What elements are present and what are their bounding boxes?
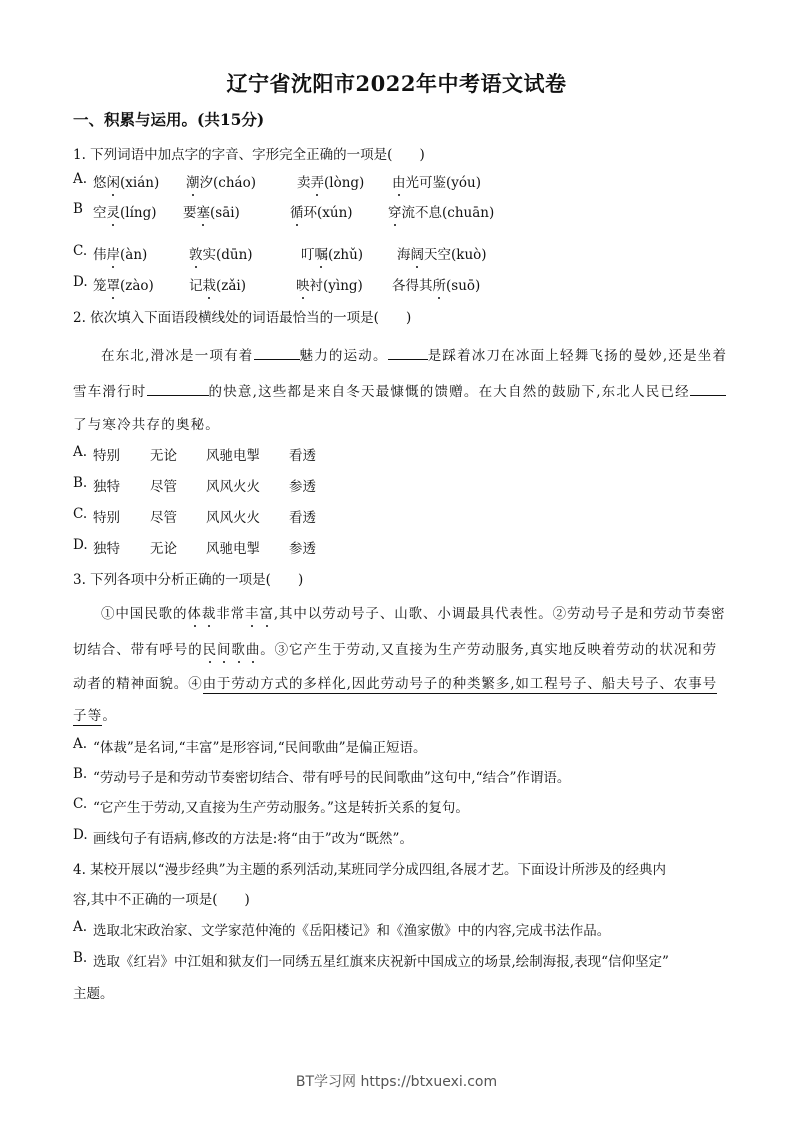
fill-blank bbox=[147, 383, 209, 396]
dotted-text: 曲 bbox=[246, 642, 260, 658]
passage-text: 是踩着冰刀在冰面上轻舞飞扬的曼妙,还是坐着 bbox=[428, 348, 728, 364]
fill-blank bbox=[690, 383, 726, 396]
option-item: 风驰电掣 bbox=[206, 537, 260, 557]
option-item: 由光可鉴(yóu) bbox=[392, 171, 481, 191]
option-item: 海阔天空(kuò) bbox=[397, 243, 487, 263]
passage-text: 动者的精神面貌。④ bbox=[73, 676, 203, 692]
watermark-footer: BT学习网 https://btxuexi.com bbox=[0, 1071, 793, 1091]
option-item: 看透 bbox=[289, 444, 316, 464]
option-item: 尽管 bbox=[150, 475, 177, 495]
option-label: D. bbox=[73, 827, 88, 843]
section-heading: 一、积累与运用。(共15分) bbox=[73, 108, 264, 130]
dotted-text: 体 bbox=[187, 606, 201, 622]
passage-text: 切结合、带有呼号的 bbox=[73, 642, 203, 658]
option-label: B. bbox=[73, 950, 87, 966]
passage-line: 子等。 bbox=[73, 704, 117, 724]
option-label: C. bbox=[73, 506, 87, 522]
passage-line: 切结合、带有呼号的民间歌曲。③它产生于劳动,又直接为生产劳动服务,真实地反映着劳… bbox=[73, 638, 717, 658]
underlined-sentence: 由于劳动方式的多样化,因此劳动号子的种类繁多,如工程号子、船夫号子、农事号 bbox=[203, 676, 717, 694]
option-item: 看透 bbox=[289, 506, 316, 526]
option-text-cont: 主题。 bbox=[73, 982, 114, 1002]
option-label: B. bbox=[73, 766, 87, 782]
option-item: 参透 bbox=[289, 475, 316, 495]
passage-text: ①中国民歌的 bbox=[101, 606, 187, 622]
dotted-text: 民 bbox=[203, 642, 217, 658]
option-label: C. bbox=[73, 243, 87, 259]
option-item: 空灵(líng) bbox=[93, 201, 157, 221]
question-1-stem: 1. 下列词语中加点字的字音、字形完全正确的一项是( ) bbox=[73, 143, 425, 163]
option-item: 特别 bbox=[93, 444, 120, 464]
option-item: 尽管 bbox=[150, 506, 177, 526]
option-label: D. bbox=[73, 537, 88, 553]
option-text: 选取《红岩》中江姐和狱友们一同绣五星红旗来庆祝新中国成立的场景,绘制海报,表现“… bbox=[93, 950, 669, 970]
passage-text: 非常 bbox=[216, 606, 245, 622]
option-text: “体裁”是名词,“丰富”是形容词,“民间歌曲”是偏正短语。 bbox=[93, 736, 427, 756]
passage-line: 雪车滑行时的快意,这些都是来自冬天最慷慨的馈赠。在大自然的鼓励下,东北人民已经 bbox=[73, 380, 726, 400]
question-4-stem-cont: 容,其中不正确的一项是( ) bbox=[73, 888, 250, 908]
fill-blank bbox=[254, 347, 300, 360]
option-item: 无论 bbox=[150, 444, 177, 464]
question-4-stem: 4. 某校开展以“漫步经典”为主题的系列活动,某班同学分成四组,各展才艺。下面设… bbox=[73, 858, 666, 878]
option-item: 伟岸(àn) bbox=[93, 243, 147, 263]
fill-blank bbox=[388, 347, 428, 360]
passage-text: 的快意,这些都是来自冬天最慷慨的馈赠。在大自然的鼓励下,东北人民已经 bbox=[209, 384, 690, 400]
option-text: 画线句子有语病,修改的方法是:将“由于”改为“既然”。 bbox=[93, 827, 413, 847]
passage-line: ①中国民歌的体裁非常丰富,其中以劳动号子、山歌、小调最具代表性。②劳动号子是和劳… bbox=[101, 602, 725, 622]
option-item: 特别 bbox=[93, 506, 120, 526]
option-label: B bbox=[73, 201, 83, 217]
option-item: 独特 bbox=[93, 537, 120, 557]
option-label: C. bbox=[73, 796, 87, 812]
passage-text: 雪车滑行时 bbox=[73, 384, 147, 400]
question-3-stem: 3. 下列各项中分析正确的一项是( ) bbox=[73, 568, 303, 588]
option-item: 参透 bbox=[289, 537, 316, 557]
option-text: 选取北宋政治家、文学家范仲淹的《岳阳楼记》和《渔家傲》中的内容,完成书法作品。 bbox=[93, 919, 610, 939]
option-text: “劳动号子是和劳动节奏密切结合、带有呼号的民间歌曲”这句中,“结合”作谓语。 bbox=[93, 766, 570, 786]
dotted-text: 裁 bbox=[202, 606, 216, 622]
option-item: 独特 bbox=[93, 475, 120, 495]
option-item: 穿流不息(chuān) bbox=[388, 201, 494, 221]
option-item: 叮嘱(zhǔ) bbox=[301, 243, 363, 263]
option-label: A. bbox=[73, 919, 87, 935]
question-2-stem: 2. 依次填入下面语段横线处的词语最恰当的一项是( ) bbox=[73, 306, 411, 326]
passage-line: 在东北,滑冰是一项有着魅力的运动。是踩着冰刀在冰面上轻舞飞扬的曼妙,还是坐着 bbox=[101, 344, 727, 364]
passage-text: 魅力的运动。 bbox=[300, 348, 388, 364]
option-item: 敦实(dūn) bbox=[189, 243, 253, 263]
option-item: 各得其所(suō) bbox=[392, 274, 480, 294]
option-item: 记栽(zǎi) bbox=[189, 274, 246, 294]
option-label: D. bbox=[73, 274, 88, 290]
passage-line: 动者的精神面貌。④由于劳动方式的多样化,因此劳动号子的种类繁多,如工程号子、船夫… bbox=[73, 672, 717, 692]
passage-text: 。 bbox=[102, 708, 117, 724]
passage-text: 。③它产生于劳动,又直接为生产劳动服务,真实地反映着劳动的状况和劳 bbox=[260, 642, 717, 658]
option-item: 循环(xún) bbox=[290, 201, 353, 221]
option-item: 要塞(sāi) bbox=[183, 201, 240, 221]
option-item: 无论 bbox=[150, 537, 177, 557]
dotted-text: 丰 bbox=[245, 606, 259, 622]
underlined-sentence: 子等 bbox=[73, 708, 102, 726]
option-text: “它产生于劳动,又直接为生产劳动服务。”这是转折关系的复句。 bbox=[93, 796, 469, 816]
option-label: A. bbox=[73, 736, 87, 752]
option-item: 卖弄(lòng) bbox=[297, 171, 364, 191]
dotted-text: 间 bbox=[217, 642, 231, 658]
option-item: 笼罩(zào) bbox=[93, 274, 154, 294]
option-item: 悠闲(xián) bbox=[93, 171, 159, 191]
option-item: 映衬(yìng) bbox=[296, 274, 363, 294]
option-item: 风驰电掣 bbox=[206, 444, 260, 464]
option-item: 潮汐(cháo) bbox=[186, 171, 256, 191]
option-label: A. bbox=[73, 444, 87, 460]
passage-text: 了与寒冷共存的奥秘。 bbox=[73, 413, 220, 433]
passage-text: ,其中以劳动号子、山歌、小调最具代表性。②劳动号子是和劳动节奏密 bbox=[274, 606, 726, 622]
option-label: B. bbox=[73, 475, 87, 491]
option-label: A. bbox=[73, 171, 87, 187]
dotted-text: 歌 bbox=[231, 642, 245, 658]
option-item: 风风火火 bbox=[206, 506, 260, 526]
option-item: 风风火火 bbox=[206, 475, 260, 495]
document-title: 辽宁省沈阳市2022年中考语文试卷 bbox=[0, 68, 793, 98]
dotted-text: 富 bbox=[259, 606, 273, 622]
passage-text: 在东北,滑冰是一项有着 bbox=[101, 348, 254, 364]
